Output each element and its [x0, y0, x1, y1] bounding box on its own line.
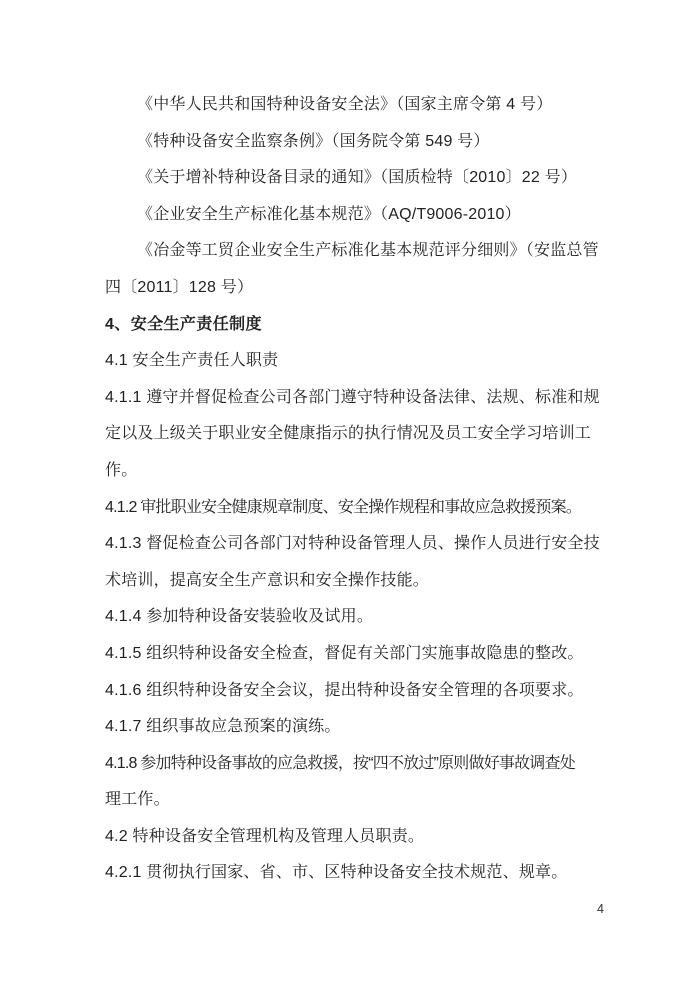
clause-4-1-6: 4.1.6 组织特种设备安全会议，提出特种设备安全管理的各项要求。 [105, 673, 605, 710]
doc-line-citation-5: 《冶金等工贸企业安全生产标准化基本规范评分细则》（安监总管 [105, 233, 605, 270]
clause-4-1-3: 4.1.3 督促检查公司各部门对特种设备管理人员、操作人员进行安全技 [105, 526, 605, 563]
subsection-4-1: 4.1 安全生产责任人职责 [105, 343, 605, 380]
clause-4-1-1-cont-1: 定以及上级关于职业安全健康指示的执行情况及员工安全学习培训工 [105, 416, 605, 453]
subsection-4-2: 4.2 特种设备安全管理机构及管理人员职责。 [105, 819, 605, 856]
clause-4-1-1: 4.1.1 遵守并督促检查公司各部门遵守特种设备法律、法规、标准和规 [105, 380, 605, 417]
document-content: 《中华人民共和国特种设备安全法》（国家主席令第 4 号） 《特种设备安全监察条例… [105, 87, 605, 892]
clause-4-1-1-cont-2: 作。 [105, 453, 605, 490]
doc-line-citation-2: 《特种设备安全监察条例》（国务院令第 549 号） [105, 124, 605, 161]
doc-line-citation-4: 《企业安全生产标准化基本规范》（AQ/T9006-2010） [105, 197, 605, 234]
clause-4-1-4: 4.1.4 参加特种设备安装验收及试用。 [105, 599, 605, 636]
clause-4-1-7: 4.1.7 组织事故应急预案的演练。 [105, 709, 605, 746]
doc-line-citation-3: 《关于增补特种设备目录的通知》（国质检特〔2010〕22 号） [105, 160, 605, 197]
clause-4-1-8: 4.1.8 参加特种设备事故的应急救援，按“四不放过”原则做好事故调查处 [105, 746, 605, 783]
section-heading-4: 4、安全生产责任制度 [105, 307, 605, 344]
clause-4-2-1: 4.2.1 贯彻执行国家、省、市、区特种设备安全技术规范、规章。 [105, 855, 605, 892]
doc-line-citation-1: 《中华人民共和国特种设备安全法》（国家主席令第 4 号） [105, 87, 605, 124]
document-page: 《中华人民共和国特种设备安全法》（国家主席令第 4 号） 《特种设备安全监察条例… [0, 0, 700, 990]
page-number: 4 [544, 900, 604, 918]
doc-line-citation-5-cont: 四〔2011〕128 号） [105, 270, 605, 307]
clause-4-1-3-cont: 术培训，提高安全生产意识和安全操作技能。 [105, 563, 605, 600]
clause-4-1-8-cont: 理工作。 [105, 782, 605, 819]
clause-4-1-5: 4.1.5 组织特种设备安全检查，督促有关部门实施事故隐患的整改。 [105, 636, 605, 673]
clause-4-1-2: 4.1.2 审批职业安全健康规章制度、安全操作规程和事故应急救援预案。 [105, 490, 605, 527]
